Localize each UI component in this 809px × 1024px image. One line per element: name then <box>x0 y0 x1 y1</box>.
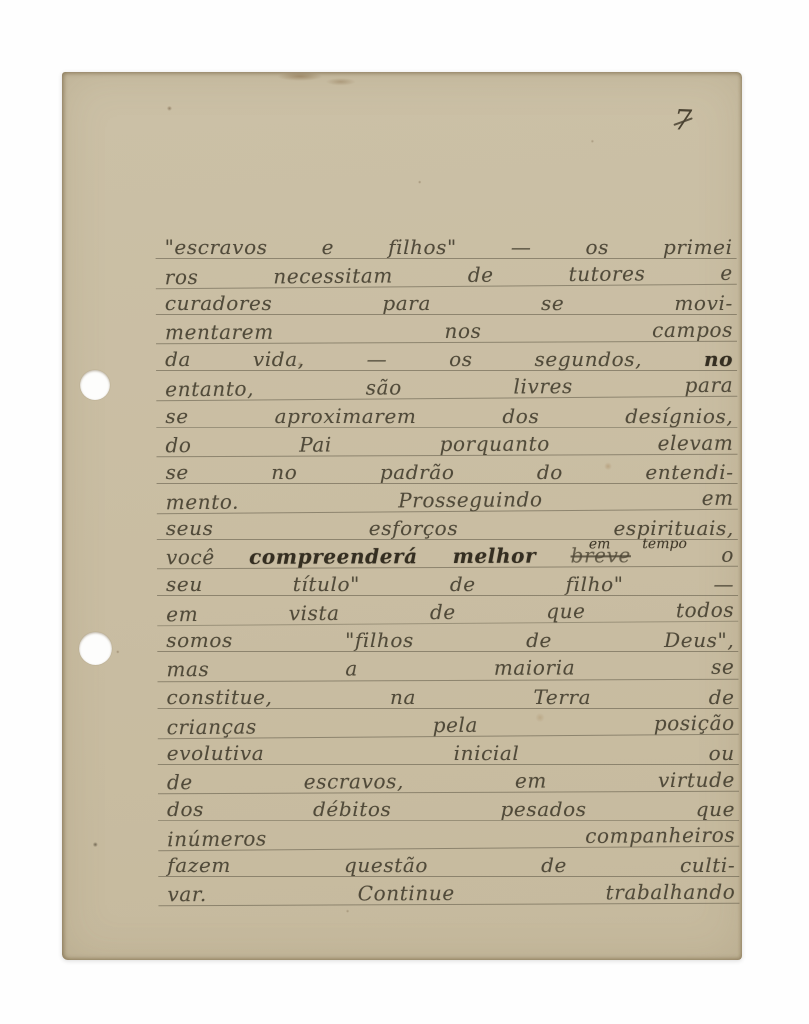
manuscript-lines: "escravos e filhos" — os primeiros neces… <box>156 230 740 907</box>
manuscript-line-18: crianças pela posição <box>158 706 739 739</box>
text-segment: var. Continue trabalhando <box>167 880 735 906</box>
text-segment-overwrite: no <box>704 347 733 371</box>
punch-hole-top <box>80 370 110 400</box>
manuscript-line-4: mentarem nos campos <box>156 314 737 345</box>
text-segment <box>536 543 570 567</box>
text-segment: se no padrão do entendi- <box>166 460 734 484</box>
manuscript-line-23: fazem questão de culti- <box>158 849 739 877</box>
text-segment: dos débitos pesados que <box>167 797 735 821</box>
text-segment: "escravos e filhos" — os primei <box>165 235 733 259</box>
text-segment-overwrite: compreenderá melhor <box>249 544 536 569</box>
text-segment: seu título" de filho" — <box>166 572 734 596</box>
text-segment: da vida, — os segundos, <box>165 347 704 371</box>
manuscript-line-24: var. Continue trabalhando <box>158 876 739 907</box>
page-number: 7 <box>673 103 714 144</box>
text-segment: do Pai porquanto elevam <box>165 430 733 456</box>
text-segment: curadores para se movi- <box>165 291 733 315</box>
text-segment: você <box>166 545 249 569</box>
manuscript-line-6: entanto, são livres para <box>156 369 737 402</box>
manuscript-line-2: ros necessitam de tutores e <box>156 257 737 290</box>
manuscript-page: 7 "escravos e filhos" — os primeiros nec… <box>62 72 742 960</box>
text-segment: mas a maioria se <box>166 655 734 681</box>
scan-background: 7 "escravos e filhos" — os primeiros nec… <box>0 0 809 1024</box>
text-segment: em vista de que todos <box>166 598 734 626</box>
punch-hole-bottom <box>79 632 112 665</box>
text-segment: o <box>687 543 734 567</box>
text-segment: entanto, são livres para <box>165 373 733 401</box>
manuscript-line-3: curadores para se movi- <box>156 287 737 315</box>
text-segment: fazem questão de culti- <box>167 853 735 877</box>
manuscript-line-10: mento. Prosseguindo em <box>157 482 738 515</box>
text-segment: inúmeros companheiros <box>167 823 735 851</box>
manuscript-line-15: somos "filhos de Deus", <box>157 624 738 652</box>
manuscript-line-16: mas a maioria se <box>157 651 738 682</box>
manuscript-line-22: inúmeros companheiros <box>158 819 739 852</box>
manuscript-line-8: do Pai porquanto elevam <box>156 426 737 457</box>
text-segment: crianças pela posição <box>167 710 735 738</box>
text-segment-inserted: em tempo <box>589 536 687 552</box>
text-segment: constitue, na Terra de <box>167 684 735 708</box>
text-segment: evolutiva inicial ou <box>167 741 735 765</box>
text-segment: mentarem nos campos <box>165 318 733 344</box>
manuscript-line-17: constitue, na Terra de <box>158 680 739 708</box>
manuscript-line-19: evolutiva inicial ou <box>158 737 739 765</box>
manuscript-line-21: dos débitos pesados que <box>158 793 739 821</box>
manuscript-line-7: se aproximarem dos desígnios, <box>156 400 737 428</box>
manuscript-line-20: de escravos, em virtude <box>158 764 739 795</box>
text-segment: de escravos, em virtude <box>167 768 735 794</box>
manuscript-line-5: da vida, — os segundos, no <box>156 343 737 371</box>
manuscript-line-13: seu título" de filho" — <box>157 568 738 596</box>
manuscript-line-14: em vista de que todos <box>157 594 738 627</box>
manuscript-line-12: você compreenderá melhor breveem tempo o <box>157 539 738 570</box>
text-segment: mento. Prosseguindo em <box>166 486 734 514</box>
text-segment: somos "filhos de Deus", <box>166 628 734 652</box>
text-segment: se aproximarem dos desígnios, <box>165 404 733 428</box>
text-segment: ros necessitam de tutores e <box>165 261 733 289</box>
manuscript-line-1: "escravos e filhos" — os primei <box>156 231 737 259</box>
manuscript-line-9: se no padrão do entendi- <box>157 456 738 484</box>
